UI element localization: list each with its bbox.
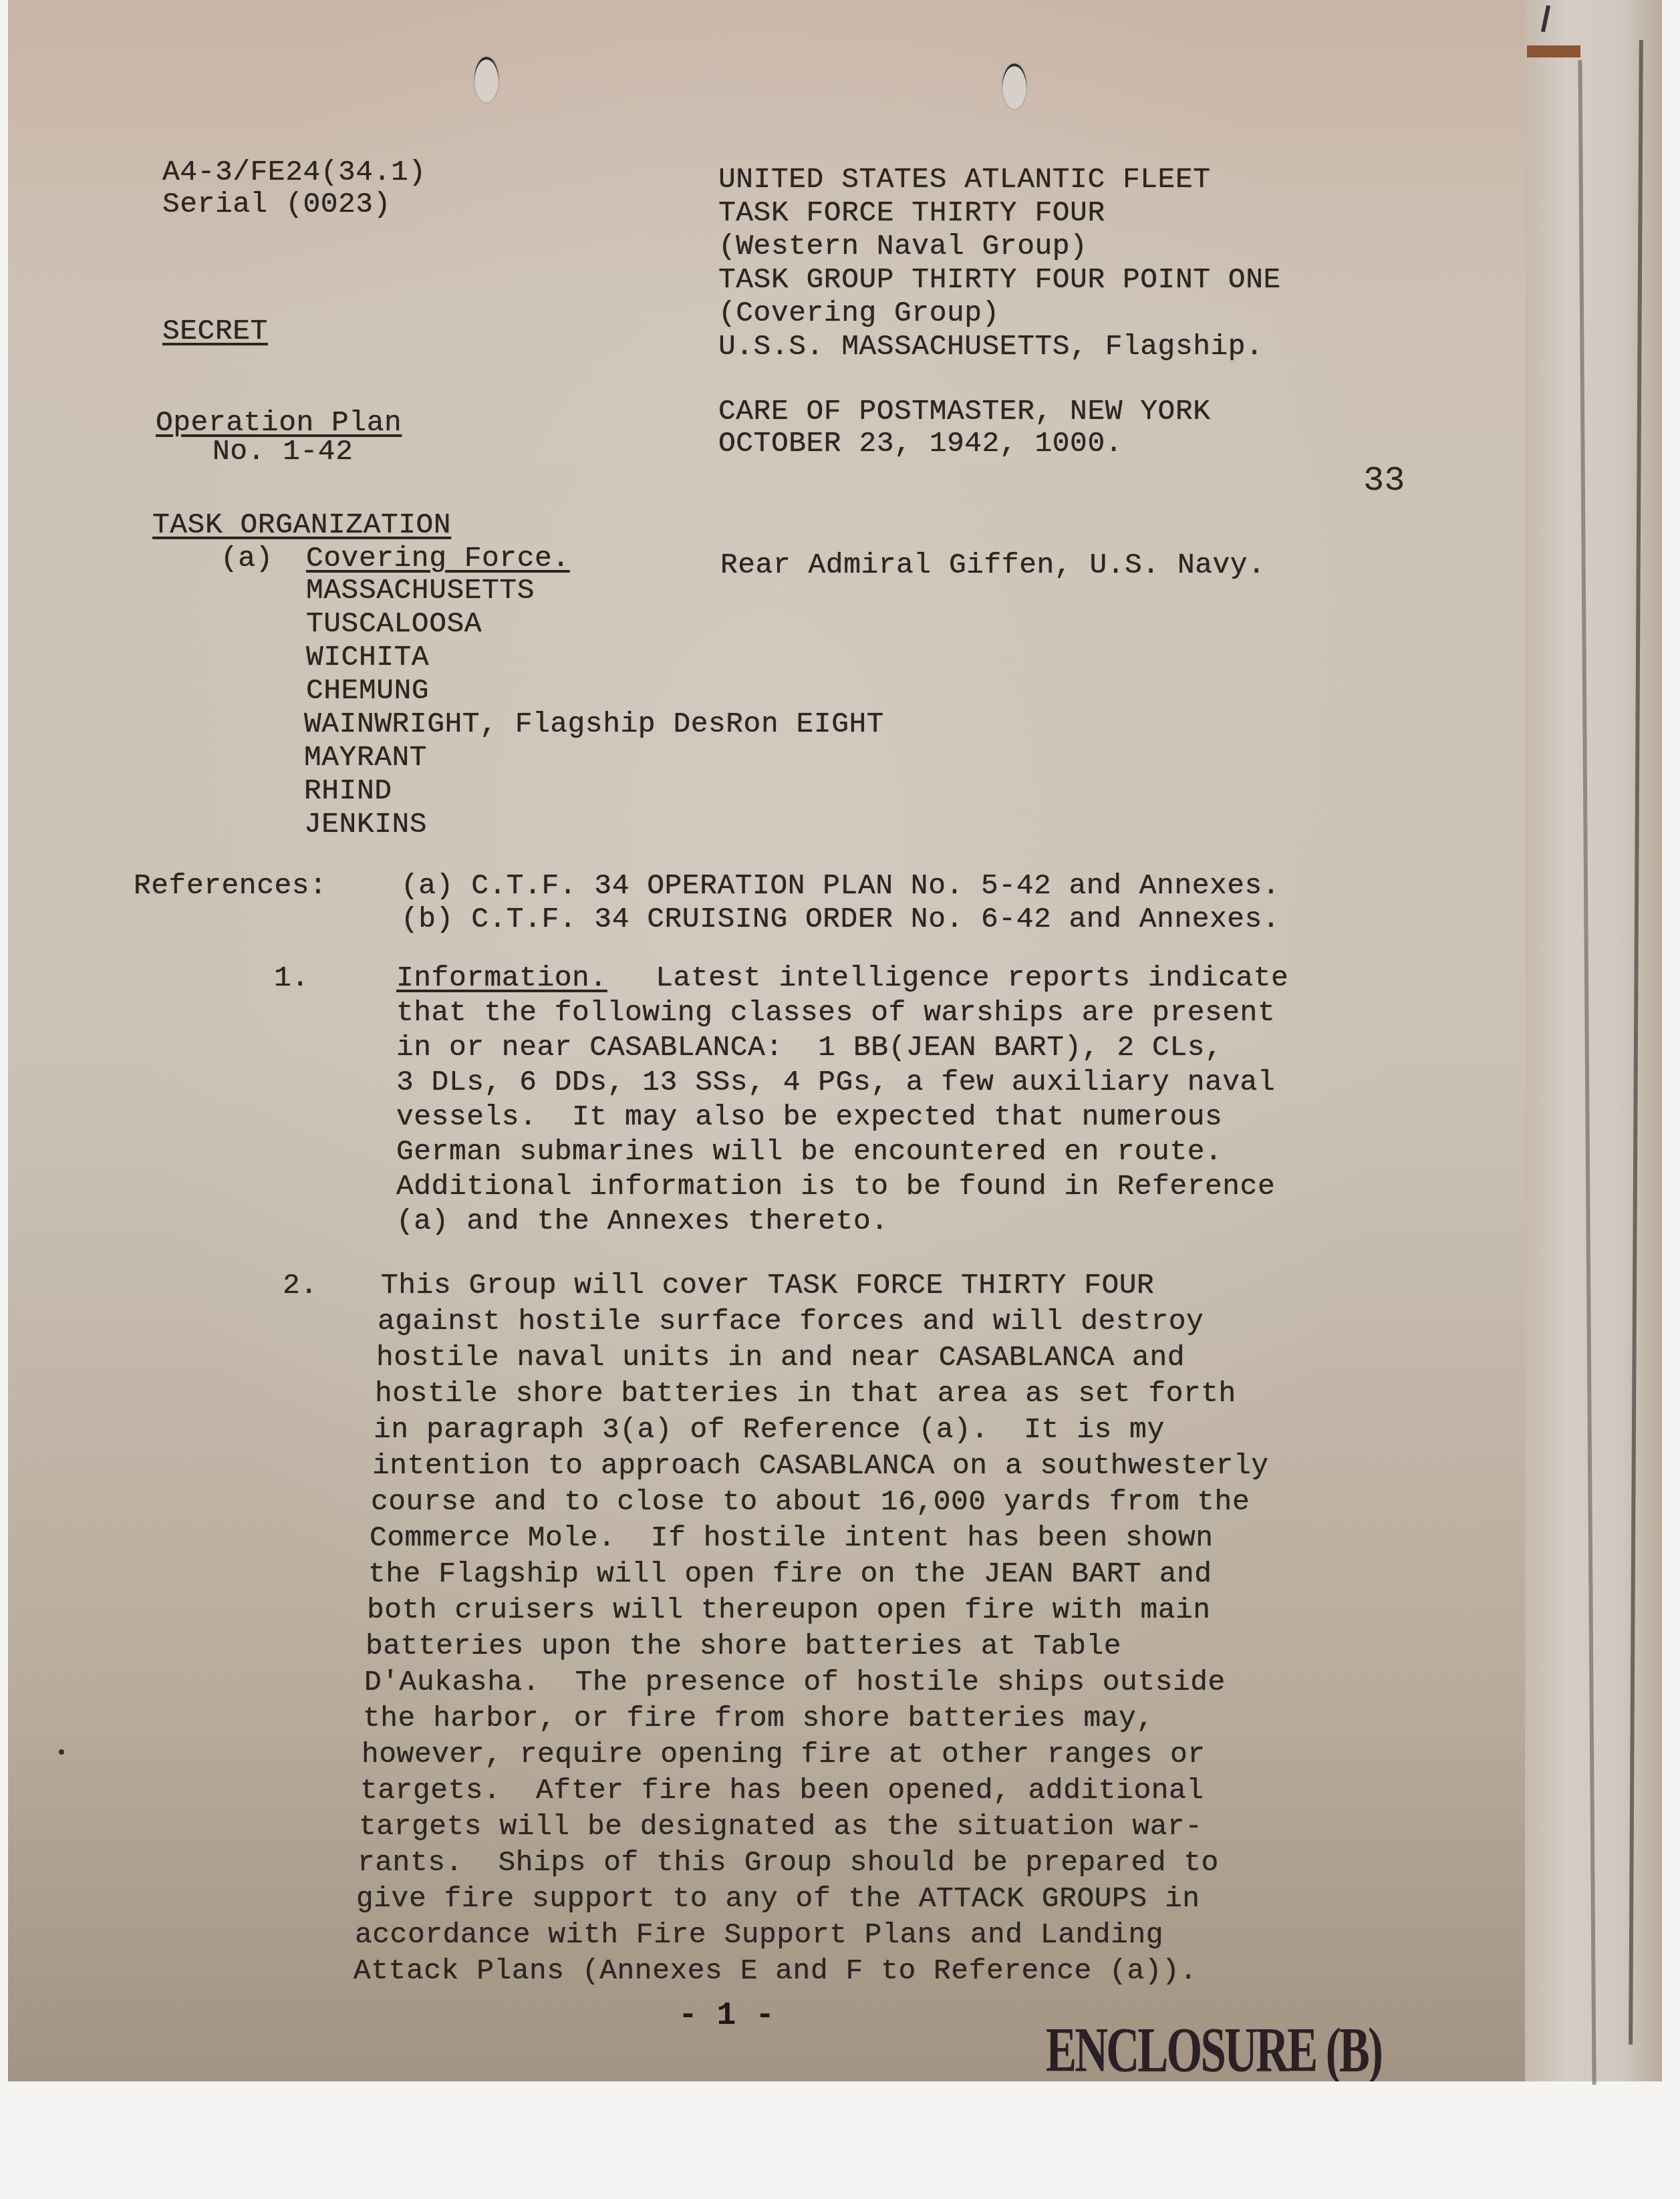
paragraph-line: hostile shore batteries in that area as … [375,1376,1236,1411]
paragraph-line: batteries upon the shore batteries at Ta… [366,1629,1121,1664]
task-item-label: (a) [221,541,273,576]
paragraph-line: 3 DLs, 6 DDs, 13 SSs, 4 PGs, a few auxil… [396,1065,1275,1100]
header-line: (Covering Group) [718,296,1000,331]
task-organization-heading: TASK ORGANIZATION [152,508,451,543]
header-line: TASK FORCE THIRTY FOUR [718,196,1105,231]
paragraph-line: the Flagship will open fire on the JEAN … [368,1557,1212,1592]
serial-number: Serial (0023) [162,187,391,222]
classification-label: SECRET [162,314,268,349]
paragraph-number: 1. [274,961,309,996]
paragraph-line: intention to approach CASABLANCA on a so… [372,1449,1269,1483]
paragraph-line: Commerce Mole. If hostile intent has bee… [370,1521,1214,1556]
force-name: Covering Force. [306,541,570,576]
paragraph-line: targets. After fire has been opened, add… [360,1773,1204,1808]
paragraph-line: however, require opening fire at other r… [362,1737,1206,1772]
paragraph-line: both cruisers will thereupon open fire w… [367,1593,1211,1628]
paragraph-line: targets will be designated as the situat… [359,1809,1203,1844]
ship-name: WAINWRIGHT, Flagship DesRon EIGHT [304,707,884,742]
paragraph-line: the harbor, or fire from shore batteries… [363,1701,1154,1736]
paragraph-line: Attack Plans (Annexes E and F to Referen… [354,1954,1198,1989]
margin-mark [59,1749,64,1755]
paragraph-line: against hostile surface forces and will … [378,1304,1204,1339]
ship-name: CHEMUNG [306,674,429,708]
header-line: U.S.S. MASSACHUSETTS, Flagship. [718,329,1263,364]
paragraph-line: This Group will cover TASK FORCE THIRTY … [381,1268,1154,1303]
paragraph-line: course and to close to about 16,000 yard… [371,1485,1250,1519]
enclosure-stamp: ENCLOSURE (B) [1046,2018,1381,2081]
paragraph-line: Additional information is to be found in… [396,1169,1275,1204]
paragraph-line: hostile naval units in and near CASABLAN… [376,1340,1185,1375]
paragraph-line: D'Aukasha. The presence of hostile ships… [364,1665,1226,1700]
reference-item: (b) C.T.F. 34 CRUISING ORDER No. 6-42 an… [401,902,1280,937]
paragraph-line: rants. Ships of this Group should be pre… [358,1846,1219,1880]
paragraph-heading: Information. [396,961,607,996]
references-label: References: [134,869,327,903]
page-number: - 1 - [678,1998,775,2034]
force-commander: Rear Admiral Giffen, U.S. Navy. [720,548,1265,583]
ship-name: MAYRANT [304,740,427,775]
paragraph-line: vessels. It may also be expected that nu… [396,1100,1222,1135]
reference-item: (a) C.T.F. 34 OPERATION PLAN No. 5-42 an… [401,869,1280,903]
file-code: A4-3/FE24(34.1) [162,155,426,190]
paragraph-line: in paragraph 3(a) of Reference (a). It i… [374,1413,1165,1447]
paragraph-number: 2. [283,1268,318,1303]
binder-tab [1527,45,1580,57]
header-line: TASK GROUP THIRTY FOUR POINT ONE [718,263,1281,297]
ship-name: JENKINS [304,807,427,842]
address: CARE OF POSTMASTER, NEW YORK [718,394,1211,429]
folio-number: 33 [1363,461,1405,500]
paragraph-line: in or near CASABLANCA: 1 BB(JEAN BART), … [396,1030,1222,1065]
punch-hole-icon [474,57,499,102]
paragraph-line: German submarines will be encountered en… [396,1135,1222,1169]
header-line: UNITED STATES ATLANTIC FLEET [718,162,1211,197]
ship-name: WICHITA [306,640,429,675]
punch-hole-icon [1002,63,1026,109]
paragraph-line: give fire support to any of the ATTACK G… [356,1882,1200,1916]
ship-name: TUSCALOOSA [306,607,482,641]
paragraph-line: that the following classes of warships a… [396,996,1275,1030]
ship-name: MASSACHUSETTS [306,573,535,608]
paragraph-line: accordance with Fire Support Plans and L… [355,1918,1163,1952]
header-line: (Western Naval Group) [718,229,1087,264]
ship-name: RHIND [304,774,392,809]
paragraph-line: (a) and the Annexes thereto. [396,1204,889,1239]
document-date: OCTOBER 23, 1942, 1000. [718,426,1123,461]
scan-margin [1663,0,1680,2081]
plan-number: No. 1-42 [213,434,353,469]
paragraph-line: Latest intelligence reports indicate [638,961,1288,996]
